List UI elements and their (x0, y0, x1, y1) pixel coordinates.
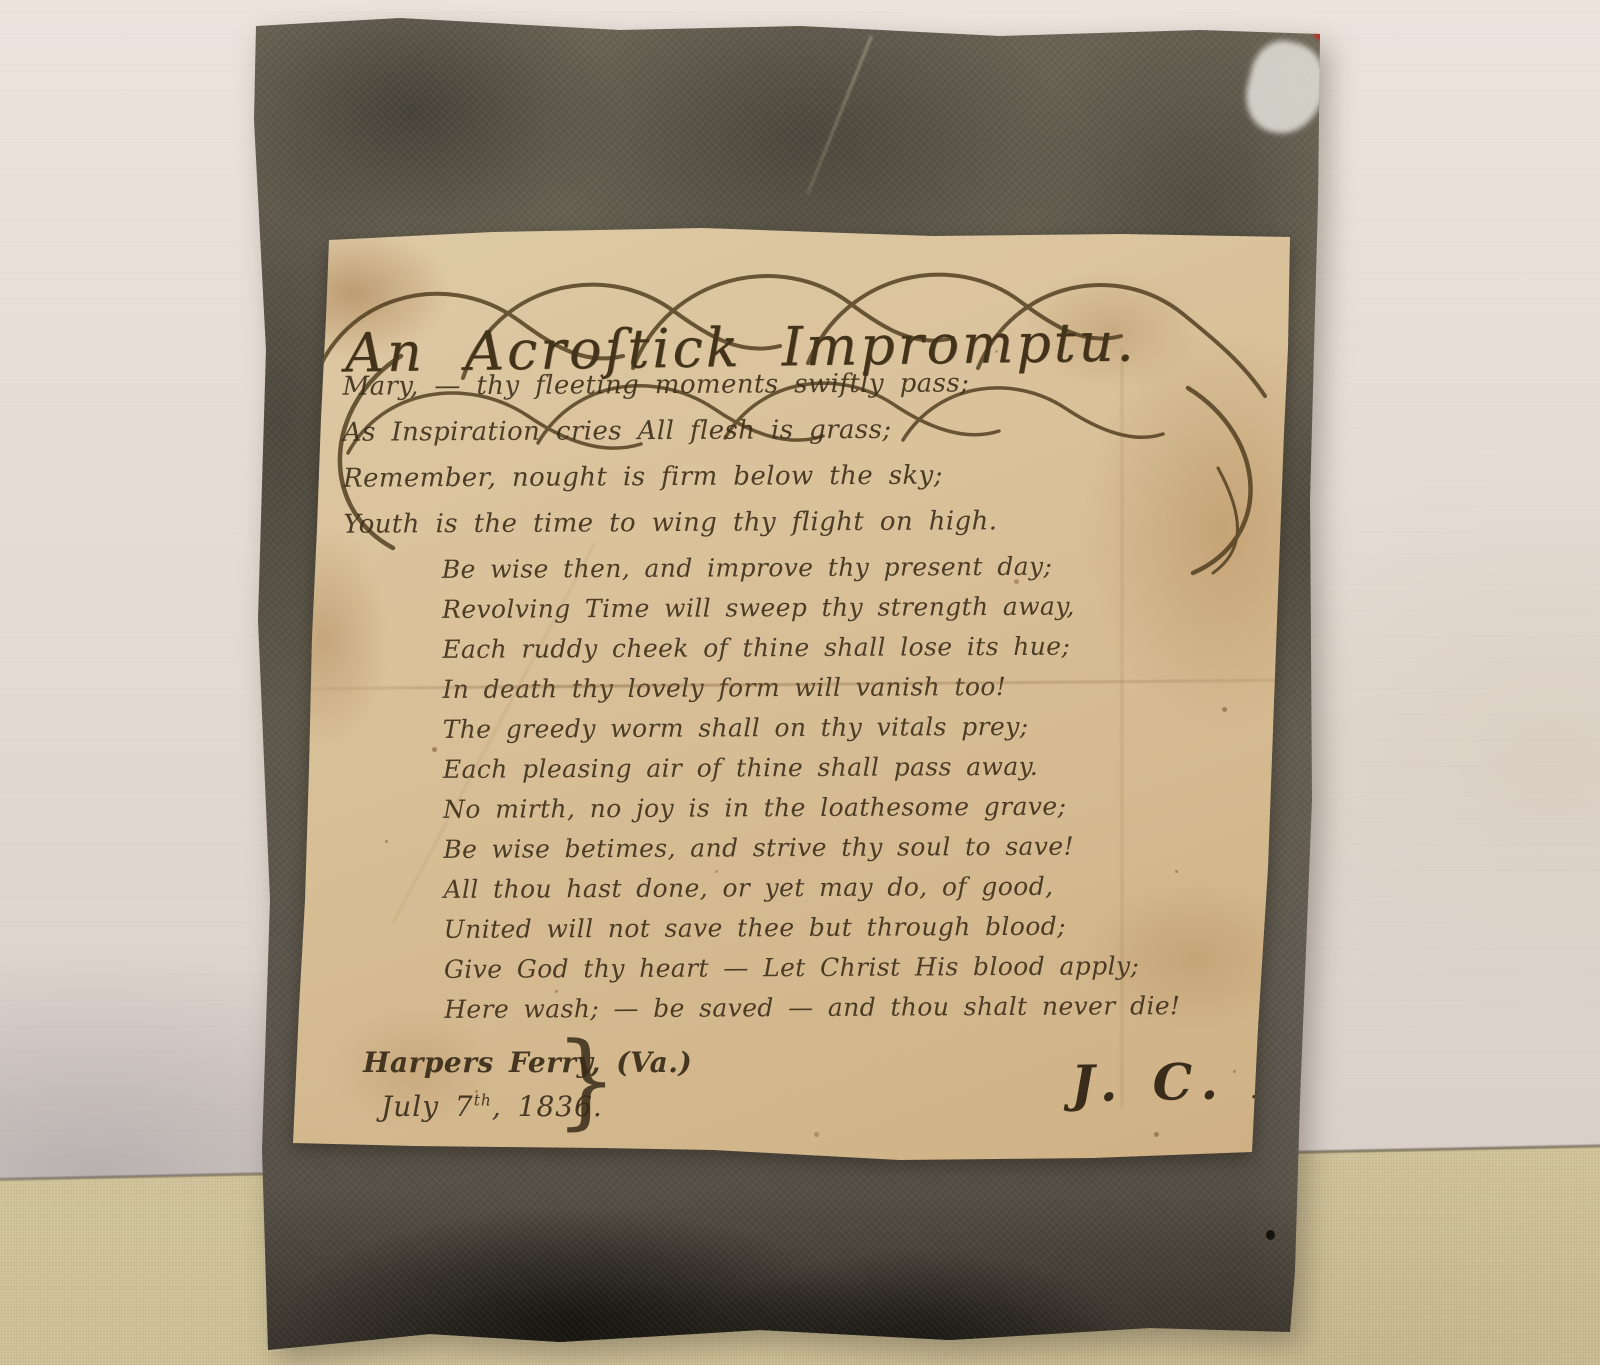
author-initials-signature: J. C. N. (1071, 1050, 1332, 1114)
date-prefix: July 7 (381, 1090, 474, 1123)
tape-residue-patch (1238, 34, 1334, 142)
poem-line: Be wise betimes, and strive thy soul to … (443, 826, 1180, 870)
poem-stanza-one: Mary, — thy fleeting moments swiftly pas… (343, 360, 998, 547)
poem-line: The greedy worm shall on thy vitals prey… (443, 706, 1180, 750)
poem-line: Give God thy heart — Let Christ His bloo… (444, 946, 1181, 990)
pin-hole (1266, 1230, 1275, 1240)
manuscript-paper: An Acroſtick Impromptu. Mary, — thy flee… (293, 228, 1293, 1162)
footer-brace: } (555, 1021, 617, 1141)
poem-line: Each ruddy cheek of thine shall lose its… (442, 626, 1179, 670)
paper-wrapper: An Acroſtick Impromptu. Mary, — thy flee… (293, 228, 1293, 1162)
photo-of-antique-document: An Acroſtick Impromptu. Mary, — thy flee… (0, 0, 1600, 1365)
board-crease-mark (806, 35, 872, 194)
poem-line: No mirth, no joy is in the loathesome gr… (443, 786, 1180, 830)
poem-line: As Inspiration cries All flesh is grass; (343, 406, 997, 455)
poem-line: All thou hast done, or yet may do, of go… (443, 866, 1180, 910)
poem-line: Youth is the time to wing thy flight on … (343, 498, 997, 547)
poem-line: Mary, — thy fleeting moments swiftly pas… (343, 360, 997, 409)
date-superscript: th (474, 1092, 492, 1110)
foxing-speckles (293, 228, 296, 231)
poem-line: Be wise then, and improve thy present da… (442, 546, 1179, 590)
poem-line: United will not save thee but through bl… (444, 906, 1181, 950)
poem-line: Remember, nought is firm below the sky; (343, 452, 997, 501)
place-line: Harpers Ferry, (Va.) (363, 1046, 692, 1079)
poem-line: Each pleasing air of thine shall pass aw… (443, 746, 1180, 790)
vertical-fold-crease (1121, 348, 1123, 1108)
